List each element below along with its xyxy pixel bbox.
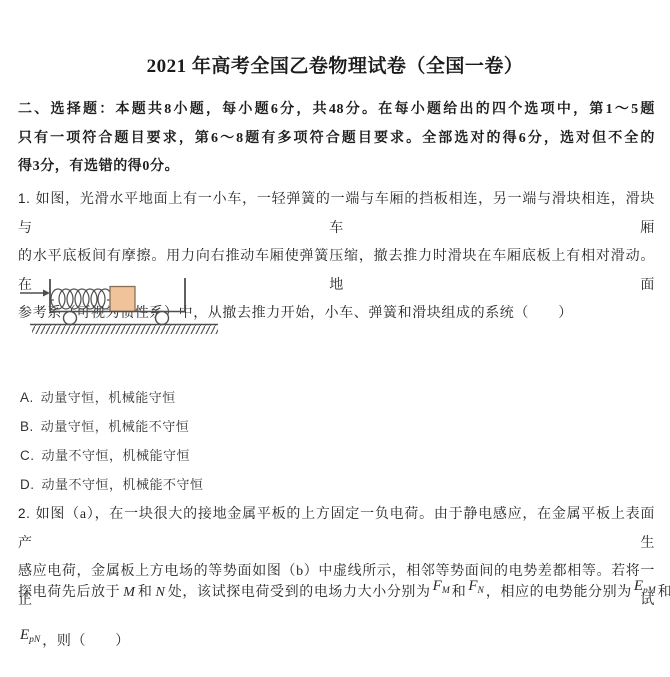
section-line: 得3分，有选错的得0分。 <box>18 153 655 182</box>
q2-text-segment: 处，该试探电荷受到的电场力大小分别为 <box>168 585 431 600</box>
question-1-line: 1.如图，光滑水平地面上有一小车，一轻弹簧的一端与车厢的挡板相连，另一端与滑块相… <box>18 185 655 243</box>
slider-block <box>110 287 135 312</box>
option-d-row: D.动量不守恒，机械能不守恒 <box>20 470 655 499</box>
question-1-number: 1. <box>18 191 30 206</box>
question-1-options: A.动量守恒，机械能守恒 B.动量守恒，机械能不守恒 C.动量不守恒，机械能守恒… <box>20 383 655 499</box>
spring <box>50 289 112 309</box>
option-d-label: D. <box>20 477 35 492</box>
cart-wheel-right <box>156 312 169 325</box>
force-FN-term: FN <box>468 571 484 603</box>
ground <box>30 325 218 335</box>
question-2-number: 2. <box>18 506 30 521</box>
question-2-line: 2.如图（a），在一块很大的接地金属平板的上方固定一负电荷。由于静电感应，在金属… <box>18 500 655 558</box>
energy-EpN-term: EpN <box>20 618 40 654</box>
point-N-variable: N <box>155 585 164 600</box>
point-M-variable: M <box>123 585 135 600</box>
question-2-line-text: 如图（a），在一块很大的接地金属平板的上方固定一负电荷。由于静电感应，在金属平板… <box>18 507 655 551</box>
question-2-math-line: 探电荷先后放于M和N处，该试探电荷受到的电场力大小分别为FM和FN，相应的电势能… <box>18 577 655 609</box>
section-line: 只有一项符合题目要求，第6～8题有多项符合题目要求。全部选对的得6分，选对但不全… <box>18 125 655 154</box>
q2-text-segment: 和 <box>138 585 153 600</box>
option-a-label: A. <box>20 390 34 405</box>
page-title: 2021 年高考全国乙卷物理试卷（全国一卷） <box>0 51 670 78</box>
q2-text-segment: 和 <box>658 585 670 600</box>
question-2-last-line: EpN，则（ ） <box>18 624 655 660</box>
option-b-text: 动量守恒，机械能不守恒 <box>41 419 190 434</box>
option-b-row: B.动量守恒，机械能不守恒 <box>20 412 655 441</box>
question-1-figure <box>20 276 225 341</box>
push-force-arrow <box>20 290 50 297</box>
q2-text-segment: ，则（ ） <box>42 634 130 649</box>
section-instructions: 二、选择题：本题共8小题，每小题6分，共48分。在每小题给出的四个选项中，第1～… <box>18 96 655 182</box>
option-c-row: C.动量不守恒，机械能守恒 <box>20 441 655 470</box>
cart-wheel-left <box>64 312 77 325</box>
option-d-text: 动量不守恒，机械能不守恒 <box>42 477 204 492</box>
option-a-text: 动量守恒，机械能守恒 <box>41 390 176 405</box>
q2-text-segment: ，相应的电势能分别为 <box>486 585 632 600</box>
question-1-line-text: 如图，光滑水平地面上有一小车，一轻弹簧的一端与车厢的挡板相连，另一端与滑块相连，… <box>18 192 655 236</box>
force-FM-term: FM <box>433 571 450 603</box>
cart-spring-block-diagram <box>20 276 225 336</box>
section-line: 二、选择题：本题共8小题，每小题6分，共48分。在每小题给出的四个选项中，第1～… <box>18 96 655 125</box>
option-b-label: B. <box>20 419 34 434</box>
energy-EpM-term: EpM <box>634 571 656 603</box>
q2-text-segment: 和 <box>452 585 467 600</box>
option-c-label: C. <box>20 448 35 463</box>
q2-text-segment: 探电荷先后放于 <box>18 585 120 600</box>
option-a-row: A.动量守恒，机械能守恒 <box>20 383 655 412</box>
exam-document-page: 2021 年高考全国乙卷物理试卷（全国一卷） 二、选择题：本题共8小题，每小题6… <box>0 0 670 677</box>
option-c-text: 动量不守恒，机械能守恒 <box>42 448 191 463</box>
